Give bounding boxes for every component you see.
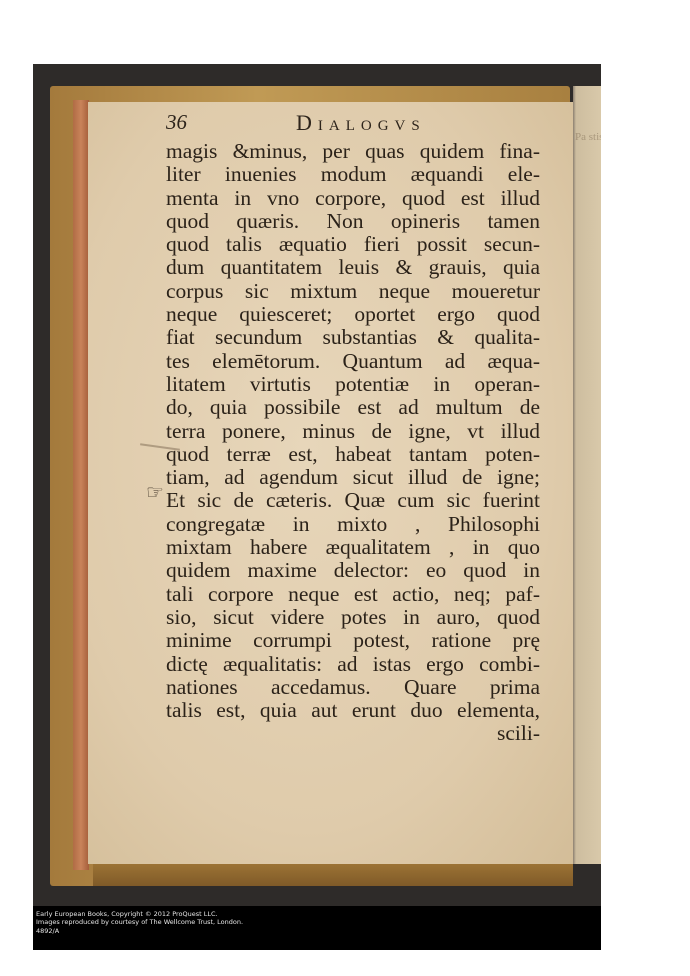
text-line: fiat secundum substantias & qualita- xyxy=(166,326,540,349)
shelfmark: 4892/A xyxy=(36,927,601,935)
text-line: litatem virtutis potentiæ in operan- xyxy=(166,373,540,396)
text-line: corpus sic mixtum neque moueretur xyxy=(166,280,540,303)
copyright-line: Early European Books, Copyright © 2012 P… xyxy=(36,910,601,918)
text-line: sio, sicut videre potes in auro, quod xyxy=(166,606,540,629)
text-line: talis est, quia aut erunt duo elementa, xyxy=(166,699,540,722)
text-line: congregatæ in mixto , Philosophi xyxy=(166,513,540,536)
courtesy-line: Images reproduced by courtesy of The Wel… xyxy=(36,918,601,926)
text-line: tali corpore neque est actio, neq; paf- xyxy=(166,583,540,606)
text-line: liter inuenies modum æquandi ele- xyxy=(166,163,540,186)
text-line: neque quiesceret; oportet ergo quod xyxy=(166,303,540,326)
text-line: magis &minus, per quas quidem fina- xyxy=(166,140,540,163)
text-line: terra ponere, minus de igne, vt illud xyxy=(166,420,540,443)
red-page-edge xyxy=(73,100,89,870)
copyright-footer: Early European Books, Copyright © 2012 P… xyxy=(33,906,601,950)
text-line: Et sic de cæteris. Quæ cum sic fuerint xyxy=(166,489,540,512)
text-line: dictę æqualitatis: ad istas ergo combi- xyxy=(166,653,540,676)
running-title: Dialogvs xyxy=(296,110,426,136)
facing-page: Pa stiscere mansio est & a tus & a scien… xyxy=(573,86,601,864)
body-text: magis &minus, per quas quidem fina- lite… xyxy=(166,140,540,746)
text-line: minime corrumpi potest, ratione prę xyxy=(166,629,540,652)
text-line: quod talis æquatio fieri possit secun- xyxy=(166,233,540,256)
facing-page-text: Pa stiscere mansio est & a tus & a scien… xyxy=(575,126,601,149)
page-header: 36 Dialogvs xyxy=(166,108,536,138)
bottom-cover-edge xyxy=(93,864,573,886)
text-line: menta in vno corpore, quod est illud xyxy=(166,187,540,210)
page-number: 36 xyxy=(166,110,187,135)
text-line: quidem maxime delector: eo quod in xyxy=(166,559,540,582)
text-line: quod quæris. Non opineris tamen xyxy=(166,210,540,233)
manicule-icon: ☞ xyxy=(146,480,164,505)
text-line: dum quantitatem leuis & grauis, quia xyxy=(166,256,540,279)
text-line: do, quia possibile est ad multum de xyxy=(166,396,540,419)
text-line: nationes accedamus. Quare prima xyxy=(166,676,540,699)
catchword: scili- xyxy=(166,722,540,745)
text-line: mixtam habere æqualitatem , in quo xyxy=(166,536,540,559)
text-line: tiam, ad agendum sicut illud de igne; xyxy=(166,466,540,489)
text-line: tes elemētorum. Quantum ad æqua- xyxy=(166,350,540,373)
text-line: quod terræ est, habeat tantam poten- xyxy=(166,443,540,466)
